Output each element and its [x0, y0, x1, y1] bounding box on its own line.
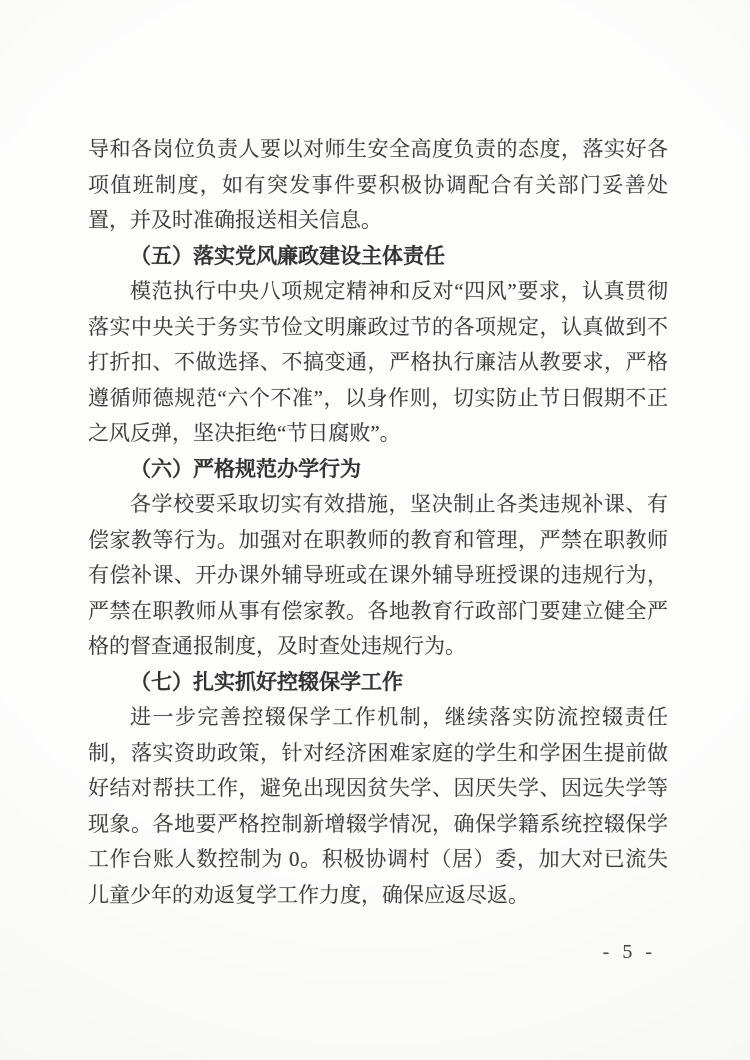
body-paragraph-section-5: 模范执行中央八项规定精神和反对“四风”要求，认真贯彻落实中央关于务实节俭文明廉政…	[88, 274, 668, 452]
body-paragraph-continuation: 导和各岗位负责人要以对师生安全高度负责的态度，落实好各项值班制度，如有突发事件要…	[88, 132, 668, 239]
body-paragraph-section-6: 各学校要采取切实有效措施，坚决制止各类违规补课、有偿家教等行为。加强对在职教师的…	[88, 487, 668, 665]
body-paragraph-section-7: 进一步完善控辍保学工作机制，继续落实防流控辍责任制，落实资助政策，针对经济困难家…	[88, 700, 668, 913]
section-heading-6: （六）严格规范办学行为	[88, 452, 668, 488]
section-heading-5: （五）落实党风廉政建设主体责任	[88, 239, 668, 275]
page-number: - 5 -	[603, 941, 656, 964]
document-body: 导和各岗位负责人要以对师生安全高度负责的态度，落实好各项值班制度，如有突发事件要…	[88, 132, 668, 913]
scanned-document-page: 导和各岗位负责人要以对师生安全高度负责的态度，落实好各项值班制度，如有突发事件要…	[0, 0, 750, 1060]
section-heading-7: （七）扎实抓好控辍保学工作	[88, 665, 668, 701]
